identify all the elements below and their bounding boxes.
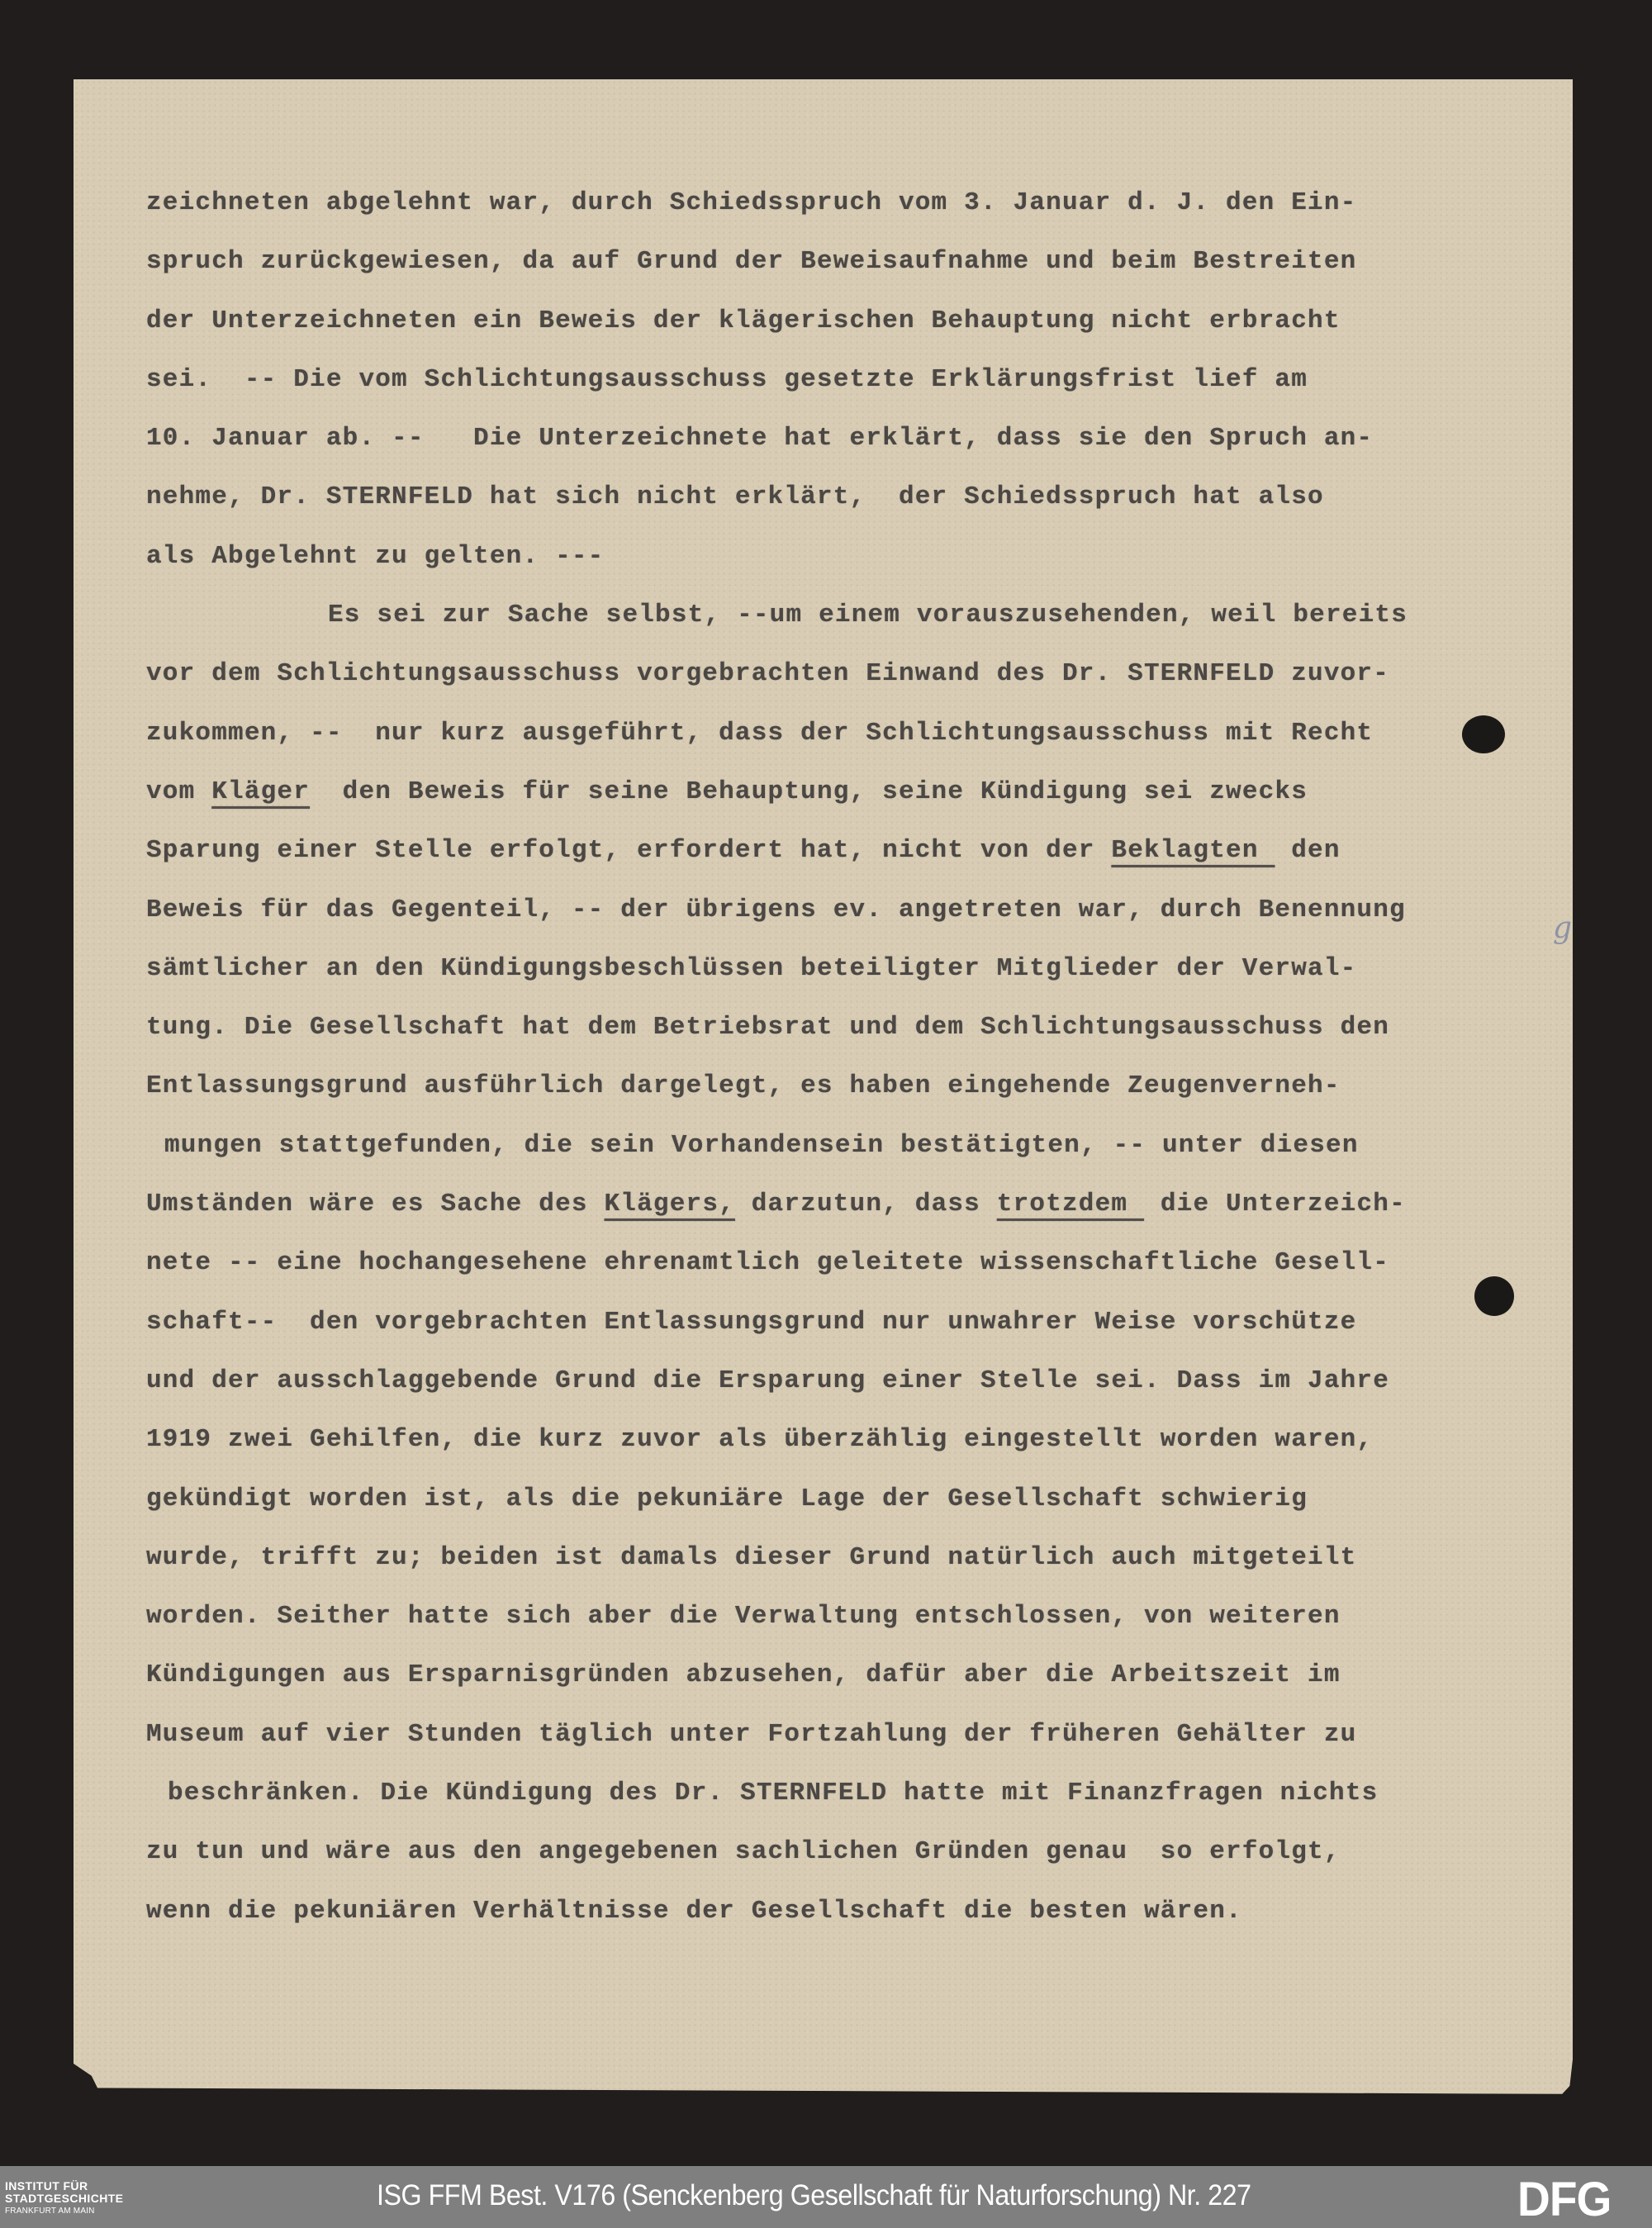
text-line: Entlassungsgrund ausführlich dargelegt, … xyxy=(146,1057,1575,1115)
text-line: Sparung einer Stelle erfolgt, erfordert … xyxy=(146,821,1575,880)
text-line: wurde, trifft zu; beiden ist damals dies… xyxy=(146,1528,1575,1587)
text-segment: Entlassungsgrund ausführlich dargelegt, … xyxy=(146,1071,1341,1100)
text-line: Beweis für das Gegenteil, -- der übrigen… xyxy=(146,881,1575,939)
text-line: der Unterzeichneten ein Beweis der kläge… xyxy=(146,292,1575,350)
dfg-logo: DFG xyxy=(1517,2179,1611,2221)
text-line: worden. Seither hatte sich aber die Verw… xyxy=(146,1587,1575,1646)
text-line: 1919 zwei Gehilfen, die kurz zuvor als ü… xyxy=(146,1410,1575,1469)
text-segment: gekündigt worden ist, als die pekuniäre … xyxy=(146,1485,1308,1513)
text-segment: zeichneten abgelehnt war, durch Schiedss… xyxy=(146,188,1356,217)
text-line: zu tun und wäre aus den angegebenen sach… xyxy=(146,1822,1575,1881)
text-line: nete -- eine hochangesehene ehrenamtlich… xyxy=(146,1233,1575,1292)
text-segment: Museum auf vier Stunden täglich unter Fo… xyxy=(146,1720,1356,1749)
text-segment: Sparung einer Stelle erfolgt, erfordert … xyxy=(146,836,1111,865)
text-segment: Beweis für das Gegenteil, -- der übrigen… xyxy=(146,895,1406,924)
text-segment: der Unterzeichneten ein Beweis der kläge… xyxy=(146,306,1341,335)
text-line: Museum auf vier Stunden täglich unter Fo… xyxy=(146,1705,1575,1764)
text-segment: beschränken. Die Kündigung des Dr. STERN… xyxy=(168,1779,1378,1808)
text-line: zukommen, -- nur kurz ausgeführt, dass d… xyxy=(146,704,1575,762)
archive-caption: ISG FFM Best. V176 (Senckenberg Gesellsc… xyxy=(377,2179,1251,2212)
text-line: schaft-- den vorgebrachten Entlassungsgr… xyxy=(146,1293,1575,1352)
typewritten-text: zeichneten abgelehnt war, durch Schiedss… xyxy=(146,173,1575,1941)
institute-name-line2: STADTGESCHICHTE xyxy=(5,2192,123,2205)
text-segment: nete -- eine hochangesehene ehrenamtlich… xyxy=(146,1248,1389,1277)
text-segment: den xyxy=(1275,836,1340,865)
institute-location: FRANKFURT AM MAIN xyxy=(5,2205,123,2217)
underlined-text: Kläger xyxy=(211,777,310,806)
text-segment: sämtlicher an den Kündigungsbeschlüssen … xyxy=(146,954,1356,983)
text-line: als Abgelehnt zu gelten. --- xyxy=(146,527,1575,586)
text-line: nehme, Dr. STERNFELD hat sich nicht erkl… xyxy=(146,468,1575,526)
text-line: mungen stattgefunden, die sein Vorhanden… xyxy=(146,1116,1575,1175)
text-line: Es sei zur Sache selbst, --um einem vora… xyxy=(146,586,1575,644)
text-line: und der ausschlaggebende Grund die Erspa… xyxy=(146,1352,1575,1410)
text-line: tung. Die Gesellschaft hat dem Betriebsr… xyxy=(146,998,1575,1057)
text-segment: Es sei zur Sache selbst, --um einem vora… xyxy=(328,601,1408,629)
text-segment: 1919 zwei Gehilfen, die kurz zuvor als ü… xyxy=(146,1425,1373,1454)
text-segment: spruch zurückgewiesen, da auf Grund der … xyxy=(146,247,1356,276)
text-line: Kündigungen aus Ersparnisgründen abzuseh… xyxy=(146,1646,1575,1704)
text-line: gekündigt worden ist, als die pekuniäre … xyxy=(146,1470,1575,1528)
text-segment: den Beweis für seine Behauptung, seine K… xyxy=(310,777,1308,806)
text-line: sei. -- Die vom Schlichtungsausschuss ge… xyxy=(146,350,1575,409)
institute-name-line1: INSTITUT FÜR xyxy=(5,2180,123,2192)
text-segment: 10. Januar ab. -- Die Unterzeichnete hat… xyxy=(146,424,1373,453)
text-segment: vom xyxy=(146,777,211,806)
text-segment: zukommen, -- nur kurz ausgeführt, dass d… xyxy=(146,719,1373,748)
text-line: spruch zurückgewiesen, da auf Grund der … xyxy=(146,232,1575,291)
text-segment: Umständen wäre es Sache des xyxy=(146,1190,605,1219)
text-line: Umständen wäre es Sache des Klägers, dar… xyxy=(146,1175,1575,1233)
pencil-annotation: g xyxy=(1553,911,1572,945)
text-line: beschränken. Die Kündigung des Dr. STERN… xyxy=(146,1764,1575,1822)
text-line: wenn die pekuniären Verhältnisse der Ges… xyxy=(146,1882,1575,1941)
archive-footer-bar: INSTITUT FÜR STADTGESCHICHTE FRANKFURT A… xyxy=(0,2166,1652,2228)
text-segment: darzutun, dass xyxy=(735,1190,997,1219)
text-segment: die Unterzeich- xyxy=(1144,1190,1406,1219)
underlined-text: trotzdem xyxy=(997,1190,1144,1219)
text-segment: tung. Die Gesellschaft hat dem Betriebsr… xyxy=(146,1013,1389,1042)
underlined-text: Beklagten xyxy=(1111,836,1275,865)
text-segment: Kündigungen aus Ersparnisgründen abzuseh… xyxy=(146,1660,1341,1689)
text-segment: zu tun und wäre aus den angegebenen sach… xyxy=(146,1837,1341,1866)
text-segment: und der ausschlaggebende Grund die Erspa… xyxy=(146,1366,1389,1395)
text-segment: nehme, Dr. STERNFELD hat sich nicht erkl… xyxy=(146,482,1324,511)
text-segment: mungen stattgefunden, die sein Vorhanden… xyxy=(164,1131,1359,1160)
text-segment: schaft-- den vorgebrachten Entlassungsgr… xyxy=(146,1308,1356,1337)
text-segment: vor dem Schlichtungsausschuss vorgebrach… xyxy=(146,659,1389,688)
text-line: zeichneten abgelehnt war, durch Schiedss… xyxy=(146,173,1575,232)
text-line: vor dem Schlichtungsausschuss vorgebrach… xyxy=(146,644,1575,703)
text-segment: sei. -- Die vom Schlichtungsausschuss ge… xyxy=(146,365,1308,394)
institute-logo: INSTITUT FÜR STADTGESCHICHTE FRANKFURT A… xyxy=(5,2180,123,2217)
text-segment: worden. Seither hatte sich aber die Verw… xyxy=(146,1602,1341,1631)
text-segment: wurde, trifft zu; beiden ist damals dies… xyxy=(146,1543,1356,1572)
text-line: sämtlicher an den Kündigungsbeschlüssen … xyxy=(146,939,1575,998)
underlined-text: Klägers, xyxy=(605,1190,735,1219)
text-line: vom Kläger den Beweis für seine Behauptu… xyxy=(146,762,1575,821)
text-line: 10. Januar ab. -- Die Unterzeichnete hat… xyxy=(146,409,1575,468)
text-segment: als Abgelehnt zu gelten. --- xyxy=(146,542,605,571)
text-segment: wenn die pekuniären Verhältnisse der Ges… xyxy=(146,1897,1242,1926)
